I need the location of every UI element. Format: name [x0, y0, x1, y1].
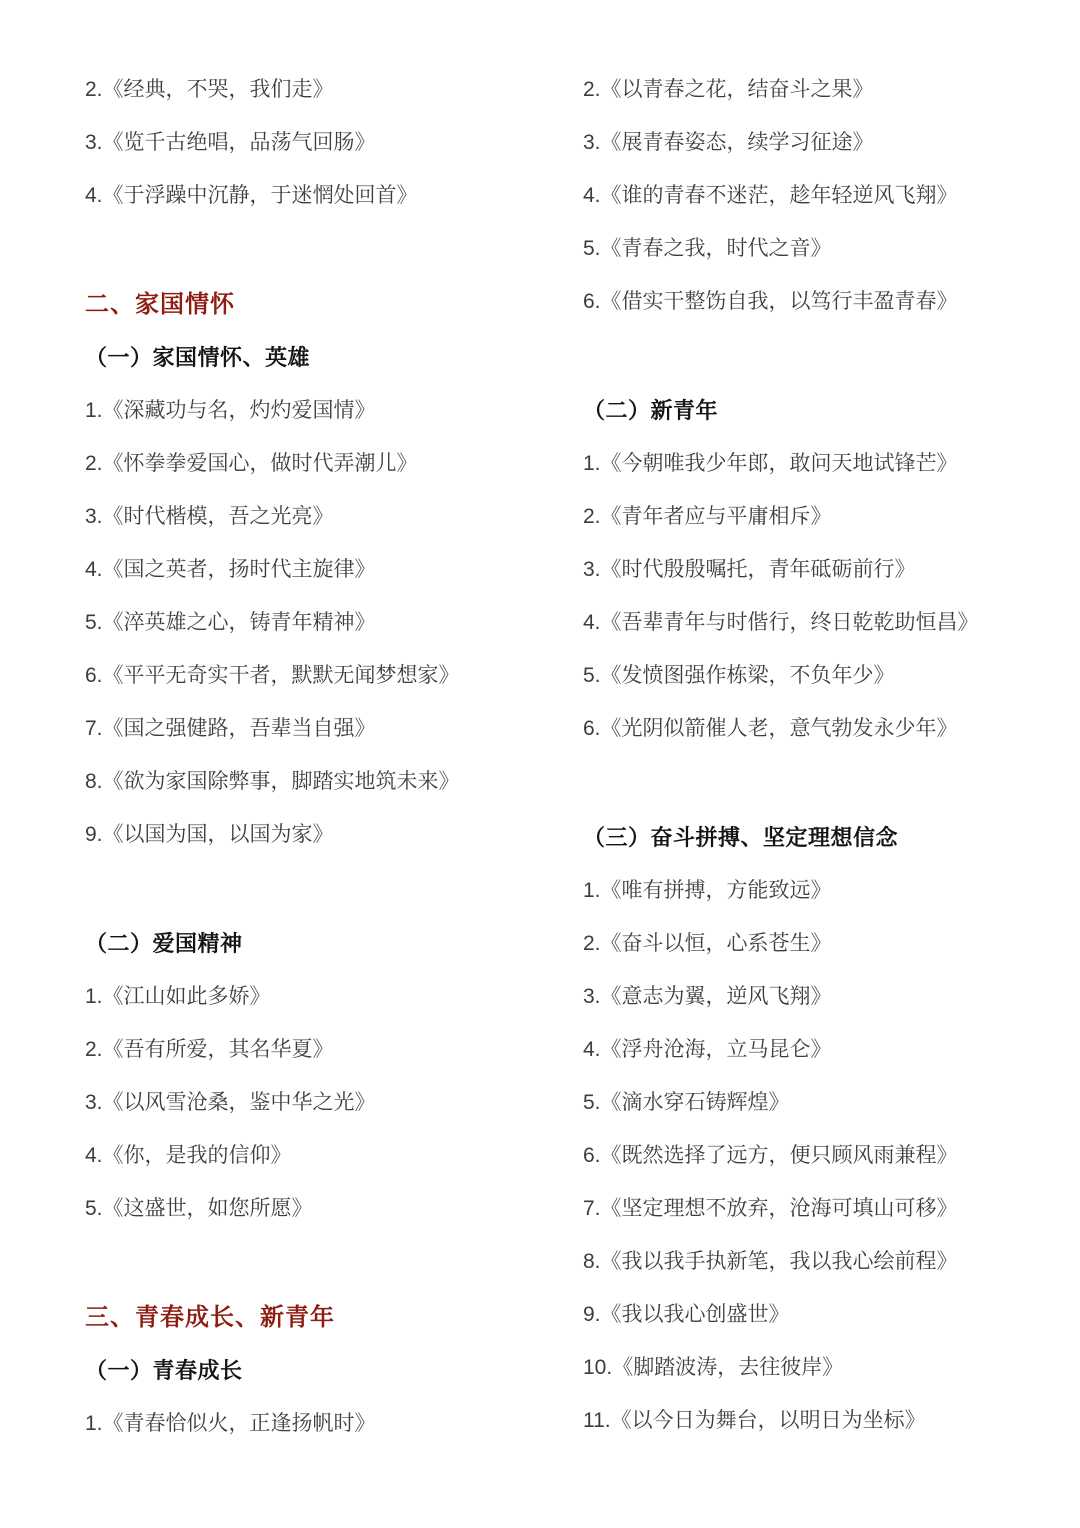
section-heading: 三、青春成长、新青年: [85, 1303, 565, 1333]
essay-title-item: 4.《浮舟沧海，立马昆仑》: [583, 1035, 1063, 1065]
essay-title-item: 3.《以风雪沧桑，鉴中华之光》: [85, 1088, 565, 1118]
subsection-heading: （二）新青年: [583, 396, 1063, 426]
essay-title-item: 6.《光阴似箭催人老，意气勃发永少年》: [583, 714, 1063, 744]
subsection-heading: （二）爱国精神: [85, 929, 565, 959]
essay-title-item: 1.《唯有拼搏，方能致远》: [583, 876, 1063, 906]
essay-title-item: 9.《我以我心创盛世》: [583, 1300, 1063, 1330]
document-page: 2.《经典，不哭，我们走》3.《览千古绝唱，品荡气回肠》4.《于浮躁中沉静，于迷…: [0, 0, 1080, 1528]
essay-title-item: 2.《以青春之花，结奋斗之果》: [583, 75, 1063, 105]
essay-title-item: 2.《吾有所爱，其名华夏》: [85, 1035, 565, 1065]
section-heading: 二、家国情怀: [85, 290, 565, 320]
essay-title-item: 3.《览千古绝唱，品荡气回肠》: [85, 128, 565, 158]
right-column: 2.《以青春之花，结奋斗之果》3.《展青春姿态，续学习征途》4.《谁的青春不迷茫…: [583, 75, 1063, 1459]
essay-title-item: 5.《这盛世，如您所愿》: [85, 1194, 565, 1224]
essay-title-item: 8.《欲为家国除弊事，脚踏实地筑未来》: [85, 767, 565, 797]
essay-title-item: 6.《平平无奇实干者，默默无闻梦想家》: [85, 661, 565, 691]
essay-title-item: 5.《滴水穿石铸辉煌》: [583, 1088, 1063, 1118]
essay-title-item: 1.《青春恰似火，正逢扬帆时》: [85, 1409, 565, 1439]
essay-title-item: 10.《脚踏波涛，去往彼岸》: [583, 1353, 1063, 1383]
essay-title-item: 3.《意志为翼，逆风飞翔》: [583, 982, 1063, 1012]
essay-title-item: 5.《发愤图强作栋梁，不负年少》: [583, 661, 1063, 691]
essay-title-item: 2.《怀拳拳爱国心，做时代弄潮儿》: [85, 449, 565, 479]
essay-title-item: 4.《国之英者，扬时代主旋律》: [85, 555, 565, 585]
essay-title-item: 4.《你，是我的信仰》: [85, 1141, 565, 1171]
essay-title-item: 2.《经典，不哭，我们走》: [85, 75, 565, 105]
essay-title-item: 5.《青春之我，时代之音》: [583, 234, 1063, 264]
essay-title-item: 7.《坚定理想不放弃，沧海可填山可移》: [583, 1194, 1063, 1224]
essay-title-item: 1.《江山如此多娇》: [85, 982, 565, 1012]
essay-title-item: 6.《既然选择了远方，便只顾风雨兼程》: [583, 1141, 1063, 1171]
essay-title-item: 1.《深藏功与名，灼灼爱国情》: [85, 396, 565, 426]
essay-title-item: 7.《国之强健路，吾辈当自强》: [85, 714, 565, 744]
essay-title-item: 2.《青年者应与平庸相斥》: [583, 502, 1063, 532]
essay-title-item: 3.《时代殷殷嘱托，青年砥砺前行》: [583, 555, 1063, 585]
essay-title-item: 3.《展青春姿态，续学习征途》: [583, 128, 1063, 158]
essay-title-item: 4.《吾辈青年与时偕行，终日乾乾助恒昌》: [583, 608, 1063, 638]
subsection-heading: （三）奋斗拼搏、坚定理想信念: [583, 823, 1063, 853]
essay-title-item: 11.《以今日为舞台，以明日为坐标》: [583, 1406, 1063, 1436]
essay-title-item: 2.《奋斗以恒，心系苍生》: [583, 929, 1063, 959]
essay-title-item: 8.《我以我手执新笔，我以我心绘前程》: [583, 1247, 1063, 1277]
essay-title-item: 6.《借实干整饬自我，以笃行丰盈青春》: [583, 287, 1063, 317]
left-column: 2.《经典，不哭，我们走》3.《览千古绝唱，品荡气回肠》4.《于浮躁中沉静，于迷…: [85, 75, 565, 1462]
essay-title-item: 5.《淬英雄之心，铸青年精神》: [85, 608, 565, 638]
essay-title-item: 4.《谁的青春不迷茫，趁年轻逆风飞翔》: [583, 181, 1063, 211]
subsection-heading: （一）家国情怀、英雄: [85, 343, 565, 373]
subsection-heading: （一）青春成长: [85, 1356, 565, 1386]
essay-title-item: 3.《时代楷模，吾之光亮》: [85, 502, 565, 532]
essay-title-item: 4.《于浮躁中沉静，于迷惘处回首》: [85, 181, 565, 211]
essay-title-item: 9.《以国为国，以国为家》: [85, 820, 565, 850]
essay-title-item: 1.《今朝唯我少年郎，敢问天地试锋芒》: [583, 449, 1063, 479]
